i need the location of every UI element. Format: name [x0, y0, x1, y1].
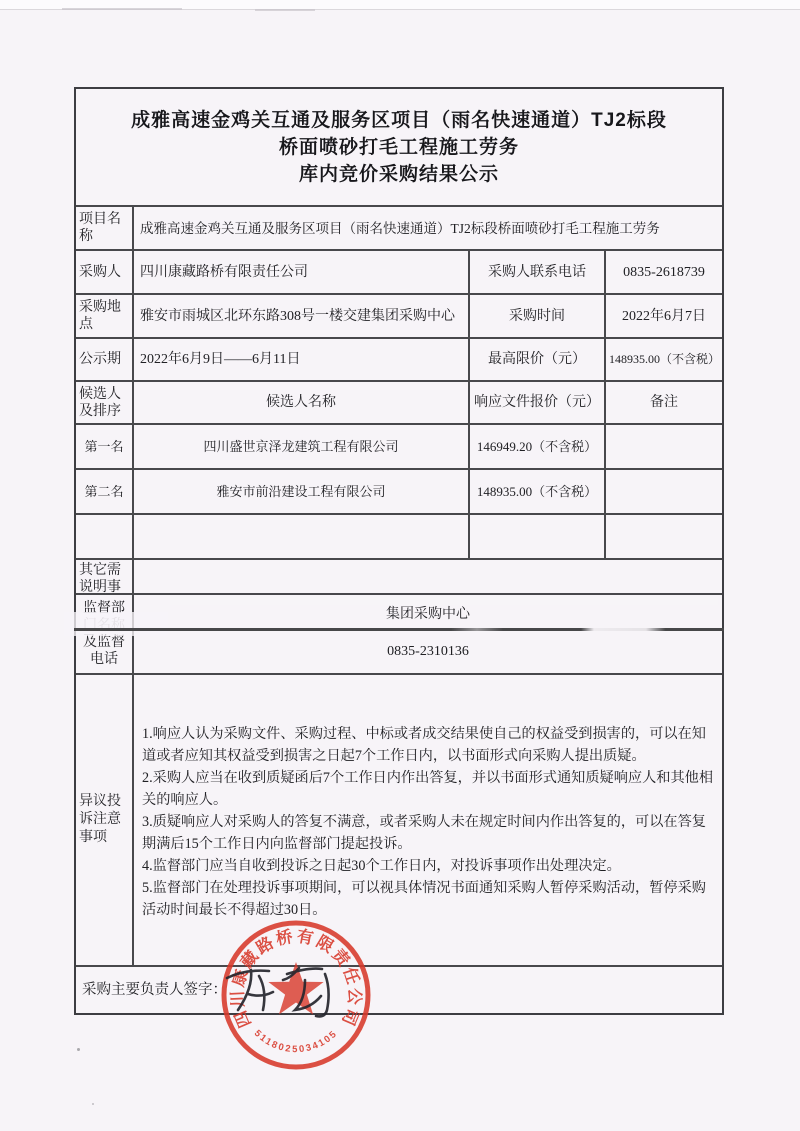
title-line-3: 库内竞价采购结果公示 — [299, 161, 499, 188]
candidates-rank-header: 候选人及排序 — [76, 382, 132, 423]
candidates-price-header: 响应文件报价（元） — [468, 382, 604, 423]
dispute-paragraph-4: 4.监督部门应当自收到投诉之日起30个工作日内，对投诉事项作出处理决定。 — [142, 855, 717, 877]
location-value: 雅安市雨城区北环东路308号一楼交建集团采购中心 — [132, 295, 468, 337]
document-title: 成雅高速金鸡关互通及服务区项目（雨名快速通道）TJ2标段 桥面喷砂打毛工程施工劳… — [76, 89, 722, 205]
supervision-phone: 0835-2310136 — [134, 630, 722, 673]
supervision-label-line2: 门名称 — [79, 617, 129, 634]
candidate-3-name — [132, 515, 468, 558]
candidate-2-name: 雅安市前沿建设工程有限公司 — [132, 470, 468, 513]
scanned-document-page: 成雅高速金鸡关互通及服务区项目（雨名快速通道）TJ2标段 桥面喷砂打毛工程施工劳… — [0, 0, 800, 1131]
candidate-1-name: 四川盛世京泽龙建筑工程有限公司 — [132, 425, 468, 468]
supervision-label: 监督部 门名称 及监督 电话 — [76, 595, 132, 673]
supervision-label-line3: 及监督 — [79, 634, 129, 651]
table-row-candidate-1: 第一名 四川盛世京泽龙建筑工程有限公司 146949.20（不含税） — [76, 423, 722, 468]
max-price-value: 148935.00（不含税） — [604, 339, 722, 380]
other-notes-label: 其它需说明事 — [76, 560, 132, 593]
scan-artifact-dot — [77, 1048, 80, 1051]
dispute-paragraph-3: 3.质疑响应人对采购人的答复不满意，或者采购人未在规定时间内作出答复的，可以在答… — [142, 811, 717, 855]
purchase-time-value: 2022年6月7日 — [604, 295, 722, 337]
purchaser-phone-value: 0835-2618739 — [604, 251, 722, 293]
supervision-values: 集团采购中心 0835-2310136 — [132, 595, 722, 673]
max-price-label: 最高限价（元） — [468, 339, 604, 380]
candidate-1-remark — [604, 425, 722, 468]
dispute-paragraph-1: 1.响应人认为采购文件、采购过程、中标或者成交结果使自己的权益受到损害的，可以在… — [142, 723, 717, 767]
project-name-value: 成雅高速金鸡关互通及服务区项目（雨名快速通道）TJ2标段桥面喷砂打毛工程施工劳务 — [132, 207, 722, 249]
supervision-department: 集团采购中心 — [134, 595, 722, 630]
candidate-2-price: 148935.00（不含税） — [468, 470, 604, 513]
paper-edge-artifact — [62, 8, 182, 10]
candidate-3-rank — [76, 515, 132, 558]
candidate-3-price — [468, 515, 604, 558]
candidate-1-rank: 第一名 — [76, 425, 132, 468]
row-other-notes: 其它需说明事 — [76, 558, 722, 593]
row-candidates-header: 候选人及排序 候选人名称 响应文件报价（元） 备注 — [76, 380, 722, 423]
row-signature: 采购主要负责人签字： — [76, 965, 722, 1013]
paper-edge-artifact — [255, 9, 315, 11]
title-line-2: 桥面喷砂打毛工程施工劳务 — [279, 134, 519, 161]
row-location: 采购地点 雅安市雨城区北环东路308号一楼交建集团采购中心 采购时间 2022年… — [76, 293, 722, 337]
location-label: 采购地点 — [76, 295, 132, 337]
candidate-2-remark — [604, 470, 722, 513]
company-seal: 四川康藏路桥有限责任公司 5118025034105 — [205, 908, 395, 1083]
dispute-paragraph-2: 2.采购人应当在收到质疑函后7个工作日内作出答复，并以书面形式通知质疑响应人和其… — [142, 767, 717, 811]
candidate-1-price: 146949.20（不含税） — [468, 425, 604, 468]
candidate-2-rank: 第二名 — [76, 470, 132, 513]
scan-artifact-dot — [92, 1103, 94, 1105]
supervision-label-line4: 电话 — [79, 651, 129, 668]
row-supervision: 监督部 门名称 及监督 电话 集团采购中心 0835-2310136 — [76, 593, 722, 673]
dispute-label: 异议投诉注意事项 — [76, 675, 132, 965]
candidates-name-header: 候选人名称 — [132, 382, 468, 423]
purchaser-phone-label: 采购人联系电话 — [468, 251, 604, 293]
project-name-label: 项目名称 — [76, 207, 132, 249]
candidates-remark-header: 备注 — [604, 382, 722, 423]
title-line-1: 成雅高速金鸡关互通及服务区项目（雨名快速通道）TJ2标段 — [131, 107, 667, 134]
row-publicity-period: 公示期 2022年6月9日——6月11日 最高限价（元） 148935.00（不… — [76, 337, 722, 380]
title-block: 成雅高速金鸡关互通及服务区项目（雨名快速通道）TJ2标段 桥面喷砂打毛工程施工劳… — [76, 89, 722, 205]
table-row-candidate-2: 第二名 雅安市前沿建设工程有限公司 148935.00（不含税） — [76, 468, 722, 513]
publicity-value: 2022年6月9日——6月11日 — [132, 339, 468, 380]
seal-number-text: 5118025034105 — [252, 1028, 340, 1055]
svg-text:5118025034105: 5118025034105 — [252, 1028, 340, 1055]
table-row-candidate-empty — [76, 513, 722, 558]
candidate-3-remark — [604, 515, 722, 558]
supervision-label-line1: 监督部 — [79, 600, 129, 617]
announcement-table: 成雅高速金鸡关互通及服务区项目（雨名快速通道）TJ2标段 桥面喷砂打毛工程施工劳… — [74, 87, 724, 1015]
purchaser-value: 四川康藏路桥有限责任公司 — [132, 251, 468, 293]
purchaser-label: 采购人 — [76, 251, 132, 293]
row-dispute-notice: 异议投诉注意事项 1.响应人认为采购文件、采购过程、中标或者成交结果使自己的权益… — [76, 673, 722, 965]
row-purchaser: 采购人 四川康藏路桥有限责任公司 采购人联系电话 0835-2618739 — [76, 249, 722, 293]
publicity-label: 公示期 — [76, 339, 132, 380]
purchase-time-label: 采购时间 — [468, 295, 604, 337]
row-project-name: 项目名称 成雅高速金鸡关互通及服务区项目（雨名快速通道）TJ2标段桥面喷砂打毛工… — [76, 205, 722, 249]
other-notes-value — [132, 560, 722, 593]
